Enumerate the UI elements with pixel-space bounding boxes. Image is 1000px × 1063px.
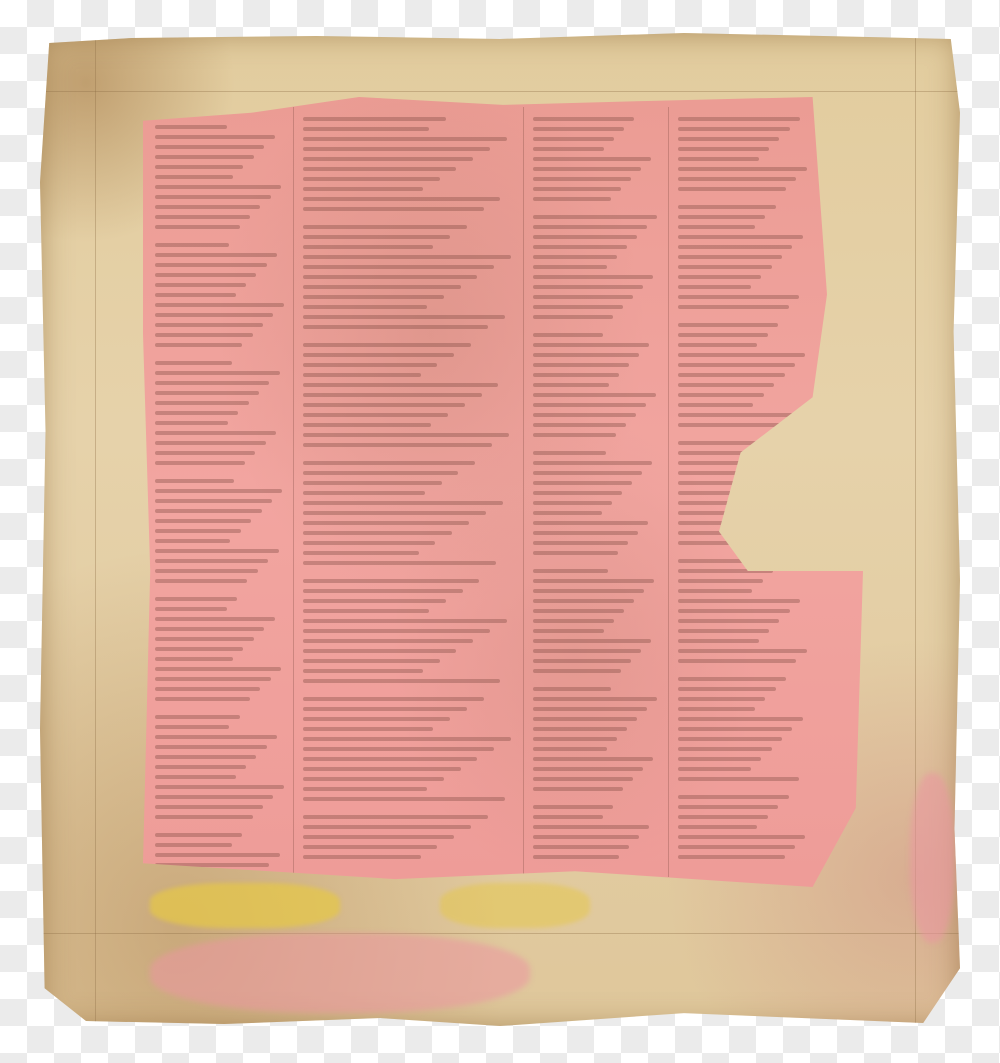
illegible-text-line: [155, 815, 253, 819]
illegible-text-line: [678, 599, 800, 603]
illegible-text-line: [678, 845, 795, 849]
illegible-text-line: [303, 275, 477, 279]
illegible-text-line: [303, 521, 469, 525]
illegible-text-line: [303, 137, 507, 141]
illegible-text-line: [678, 295, 799, 299]
illegible-text-line: [533, 491, 622, 495]
illegible-text-line: [303, 393, 482, 397]
illegible-text-line: [533, 461, 652, 465]
illegible-text-line: [155, 549, 279, 553]
illegible-text-line: [533, 265, 607, 269]
illegible-text-line: [155, 361, 232, 365]
illegible-text-line: [678, 717, 803, 721]
illegible-text-line: [303, 777, 444, 781]
illegible-text-line: [155, 805, 263, 809]
illegible-text-line: [678, 413, 802, 417]
illegible-text-line: [155, 371, 280, 375]
illegible-text-line: [678, 697, 765, 701]
illegible-text-line: [533, 117, 634, 121]
illegible-text-line: [533, 333, 603, 337]
illegible-text-line: [155, 333, 253, 337]
illegible-text-line: [678, 285, 751, 289]
illegible-text-line: [533, 531, 638, 535]
illegible-text-line: [533, 423, 626, 427]
illegible-text-line: [678, 147, 769, 151]
illegible-text-line: [303, 541, 435, 545]
illegible-text-line: [155, 597, 237, 601]
illegible-text-line: [533, 245, 627, 249]
illegible-text-line: [155, 677, 271, 681]
illegible-text-line: [155, 569, 258, 573]
illegible-text-line: [678, 323, 778, 327]
column-rule: [668, 107, 669, 877]
illegible-text-line: [533, 747, 607, 751]
illegible-text-line: [533, 541, 628, 545]
illegible-text-line: [678, 609, 790, 613]
illegible-text-line: [303, 225, 467, 229]
illegible-text-line: [678, 167, 807, 171]
illegible-text-line: [303, 757, 477, 761]
pink-stain: [910, 773, 955, 943]
illegible-text-line: [303, 343, 471, 347]
yellow-stain: [150, 883, 340, 928]
illegible-text-line: [533, 353, 639, 357]
illegible-text-line: [155, 313, 273, 317]
illegible-text-line: [533, 413, 636, 417]
illegible-text-line: [533, 295, 633, 299]
illegible-text-line: [303, 383, 498, 387]
illegible-text-line: [303, 353, 454, 357]
illegible-text-line: [533, 197, 611, 201]
illegible-text-line: [155, 667, 281, 671]
illegible-text-line: [155, 833, 242, 837]
illegible-text-line: [303, 767, 461, 771]
illegible-text-line: [533, 815, 603, 819]
illegible-text-line: [678, 727, 792, 731]
illegible-text-line: [155, 145, 264, 149]
illegible-text-line: [303, 157, 473, 161]
illegible-text-line: [155, 735, 277, 739]
illegible-text-line: [678, 835, 805, 839]
illegible-text-line: [678, 255, 782, 259]
illegible-text-line: [155, 687, 260, 691]
illegible-text-line: [678, 225, 755, 229]
illegible-text-line: [533, 609, 624, 613]
illegible-text-line: [678, 117, 800, 121]
illegible-text-line: [303, 305, 427, 309]
illegible-text-line: [155, 243, 229, 247]
illegible-text-line: [533, 659, 631, 663]
illegible-text-line: [533, 579, 654, 583]
illegible-text-line: [303, 787, 427, 791]
illegible-text-line: [678, 353, 805, 357]
illegible-text-line: [303, 255, 511, 259]
illegible-text-line: [155, 303, 284, 307]
illegible-text-line: [678, 767, 751, 771]
illegible-text-line: [533, 629, 604, 633]
illegible-text-line: [155, 637, 254, 641]
illegible-text-line: [303, 363, 437, 367]
illegible-text-line: [533, 433, 616, 437]
illegible-text-line: [678, 205, 776, 209]
illegible-text-line: [678, 343, 757, 347]
illegible-text-line: [678, 215, 765, 219]
illegible-text-line: [678, 363, 795, 367]
illegible-text-line: [678, 579, 763, 583]
illegible-text-line: [678, 235, 803, 239]
illegible-text-line: [155, 785, 284, 789]
illegible-text-line: [533, 235, 637, 239]
illegible-text-line: [303, 325, 488, 329]
illegible-text-line: [678, 393, 764, 397]
illegible-text-line: [303, 727, 433, 731]
illegible-text-line: [678, 687, 776, 691]
illegible-text-line: [303, 825, 471, 829]
illegible-text-line: [155, 755, 256, 759]
illegible-text-line: [155, 401, 249, 405]
column-rule: [293, 107, 294, 877]
illegible-text-line: [303, 649, 456, 653]
illegible-text-line: [678, 777, 799, 781]
illegible-text-line: [533, 255, 617, 259]
fold-line: [95, 33, 96, 1028]
illegible-text-line: [678, 629, 769, 633]
illegible-text-line: [678, 383, 774, 387]
illegible-text-line: [155, 499, 272, 503]
illegible-text-line: [533, 471, 642, 475]
illegible-text-line: [678, 815, 768, 819]
illegible-text-line: [678, 825, 757, 829]
illegible-text-line: [303, 443, 492, 447]
illegible-text-line: [155, 283, 246, 287]
illegible-text-line: [303, 403, 465, 407]
illegible-text-line: [678, 127, 790, 131]
illegible-text-line: [678, 589, 752, 593]
illegible-text-line: [155, 195, 271, 199]
illegible-text-line: [533, 403, 646, 407]
illegible-text-line: [303, 679, 500, 683]
illegible-text-line: [303, 461, 475, 465]
illegible-text-line: [155, 343, 242, 347]
illegible-text-line: [155, 225, 240, 229]
illegible-text-line: [533, 275, 653, 279]
illegible-text-line: [303, 167, 456, 171]
illegible-text-line: [303, 551, 419, 555]
illegible-text-line: [533, 777, 633, 781]
illegible-text-line: [155, 381, 269, 385]
illegible-text-line: [303, 697, 484, 701]
illegible-text-line: [155, 421, 228, 425]
illegible-text-line: [678, 805, 778, 809]
illegible-text-line: [303, 177, 440, 181]
yellow-stain: [440, 883, 590, 928]
illegible-text-line: [303, 669, 423, 673]
illegible-text-line: [533, 511, 602, 515]
illegible-text-line: [303, 413, 448, 417]
illegible-text-line: [678, 265, 772, 269]
illegible-text-line: [678, 177, 796, 181]
illegible-text-line: [533, 373, 619, 377]
illegible-text-line: [678, 403, 753, 407]
illegible-text-line: [533, 393, 656, 397]
illegible-text-line: [678, 795, 789, 799]
illegible-text-line: [678, 757, 761, 761]
illegible-text-line: [533, 805, 613, 809]
illegible-text-line: [533, 855, 619, 859]
illegible-text-line: [155, 519, 251, 523]
illegible-text-line: [533, 787, 623, 791]
illegible-text-line: [155, 293, 236, 297]
illegible-text-line: [155, 391, 259, 395]
illegible-text-line: [678, 747, 772, 751]
illegible-text-line: [155, 539, 230, 543]
illegible-text-line: [678, 649, 807, 653]
illegible-text-line: [155, 853, 280, 857]
illegible-text-line: [155, 715, 240, 719]
illegible-text-line: [533, 727, 627, 731]
illegible-text-line: [155, 843, 232, 847]
illegible-text-line: [155, 489, 282, 493]
illegible-text-line: [303, 599, 446, 603]
illegible-text-line: [303, 619, 507, 623]
illegible-text-line: [303, 285, 461, 289]
illegible-text-line: [533, 501, 612, 505]
illegible-text-line: [533, 187, 621, 191]
illegible-text-line: [155, 253, 277, 257]
illegible-text-line: [303, 481, 442, 485]
illegible-text-line: [533, 569, 608, 573]
illegible-text-line: [678, 677, 786, 681]
illegible-text-line: [533, 717, 637, 721]
illegible-text-line: [155, 431, 276, 435]
illegible-text-line: [303, 501, 503, 505]
illegible-text-line: [303, 747, 494, 751]
illegible-text-line: [678, 423, 791, 427]
illegible-text-line: [303, 471, 458, 475]
illegible-text-line: [303, 815, 488, 819]
fold-line: [40, 933, 960, 934]
illegible-text-line: [533, 167, 641, 171]
illegible-text-line: [303, 207, 484, 211]
illegible-text-line: [155, 461, 245, 465]
illegible-text-line: [303, 561, 496, 565]
illegible-text-line: [678, 373, 785, 377]
illegible-text-line: [678, 707, 755, 711]
illegible-text-line: [533, 737, 617, 741]
illegible-text-line: [155, 657, 233, 661]
illegible-text-line: [533, 707, 647, 711]
pink-stain: [150, 933, 530, 1013]
illegible-text-line: [533, 697, 657, 701]
illegible-text-line: [678, 639, 759, 643]
illegible-text-line: [533, 481, 632, 485]
illegible-text-line: [533, 825, 649, 829]
illegible-text-line: [155, 263, 267, 267]
illegible-text-line: [533, 363, 629, 367]
illegible-text-line: [155, 451, 255, 455]
illegible-text-line: [155, 509, 262, 513]
illegible-text-line: [155, 165, 243, 169]
illegible-text-line: [533, 757, 653, 761]
illegible-text-line: [155, 775, 236, 779]
illegible-text-line: [533, 589, 644, 593]
illegible-text-line: [303, 187, 423, 191]
illegible-text-line: [303, 797, 505, 801]
illegible-text-line: [303, 433, 509, 437]
illegible-text-line: [303, 835, 454, 839]
illegible-text-line: [533, 215, 657, 219]
illegible-text-line: [533, 305, 623, 309]
illegible-text-line: [155, 647, 243, 651]
illegible-text-line: [678, 305, 789, 309]
illegible-text-line: [155, 175, 233, 179]
illegible-text-line: [303, 717, 450, 721]
illegible-text-line: [155, 273, 256, 277]
illegible-text-line: [303, 117, 446, 121]
illegible-text-line: [155, 135, 275, 139]
illegible-text-line: [155, 607, 227, 611]
illegible-text-line: [303, 737, 511, 741]
illegible-text-line: [533, 767, 643, 771]
illegible-text-line: [533, 845, 629, 849]
illegible-text-line: [678, 245, 792, 249]
illegible-text-line: [533, 315, 613, 319]
illegible-text-line: [533, 551, 618, 555]
illegible-text-line: [678, 333, 768, 337]
fold-line: [40, 91, 960, 92]
illegible-text-line: [303, 295, 444, 299]
illegible-text-line: [678, 659, 796, 663]
text-column: [303, 117, 513, 867]
illegible-text-line: [533, 127, 624, 131]
illegible-text-line: [678, 157, 759, 161]
illegible-text-line: [155, 559, 268, 563]
illegible-text-line: [678, 855, 785, 859]
illegible-text-line: [303, 589, 463, 593]
illegible-text-line: [155, 479, 234, 483]
illegible-text-line: [155, 725, 229, 729]
illegible-text-line: [533, 451, 606, 455]
illegible-text-line: [678, 137, 779, 141]
illegible-text-line: [303, 197, 500, 201]
illegible-text-line: [533, 147, 604, 151]
illegible-text-line: [533, 619, 614, 623]
illegible-text-line: [303, 511, 486, 515]
illegible-text-line: [533, 285, 643, 289]
illegible-text-line: [533, 343, 649, 347]
illegible-text-line: [678, 737, 782, 741]
illegible-text-line: [303, 707, 467, 711]
illegible-text-line: [533, 599, 634, 603]
illegible-text-line: [303, 423, 431, 427]
illegible-text-line: [533, 521, 648, 525]
illegible-text-line: [155, 215, 250, 219]
illegible-text-line: [155, 441, 266, 445]
illegible-text-line: [155, 745, 267, 749]
illegible-text-line: [303, 659, 440, 663]
illegible-text-line: [303, 127, 429, 131]
illegible-text-line: [533, 177, 631, 181]
illegible-text-line: [303, 639, 473, 643]
illegible-text-line: [303, 629, 490, 633]
illegible-text-line: [533, 669, 621, 673]
illegible-text-line: [303, 245, 433, 249]
illegible-text-line: [533, 157, 651, 161]
illegible-text-line: [303, 147, 490, 151]
illegible-text-line: [533, 649, 641, 653]
illegible-text-line: [533, 835, 639, 839]
illegible-text-line: [678, 187, 786, 191]
illegible-text-line: [533, 383, 609, 387]
illegible-text-line: [533, 225, 647, 229]
illegible-text-line: [303, 531, 452, 535]
illegible-text-line: [155, 765, 246, 769]
column-rule: [523, 107, 524, 877]
illegible-text-line: [155, 155, 254, 159]
illegible-text-line: [155, 627, 264, 631]
illegible-text-line: [303, 845, 437, 849]
illegible-text-line: [155, 411, 238, 415]
illegible-text-line: [678, 619, 779, 623]
illegible-text-line: [155, 617, 275, 621]
illegible-text-line: [303, 491, 425, 495]
illegible-text-line: [155, 579, 247, 583]
illegible-text-line: [155, 529, 241, 533]
illegible-text-line: [303, 235, 450, 239]
illegible-text-line: [533, 639, 651, 643]
illegible-text-line: [155, 795, 273, 799]
illegible-text-line: [303, 265, 494, 269]
illegible-text-line: [303, 855, 421, 859]
illegible-text-line: [533, 687, 611, 691]
illegible-text-line: [303, 579, 479, 583]
illegible-text-line: [155, 697, 250, 701]
illegible-text-line: [155, 205, 260, 209]
illegible-text-line: [533, 137, 614, 141]
text-column: [155, 117, 285, 867]
text-column: [533, 117, 658, 867]
illegible-text-line: [303, 373, 421, 377]
illegible-text-line: [303, 315, 505, 319]
illegible-text-line: [155, 323, 263, 327]
illegible-text-line: [155, 125, 227, 129]
illegible-text-line: [678, 275, 761, 279]
illegible-text-line: [303, 609, 429, 613]
illegible-text-line: [155, 185, 281, 189]
